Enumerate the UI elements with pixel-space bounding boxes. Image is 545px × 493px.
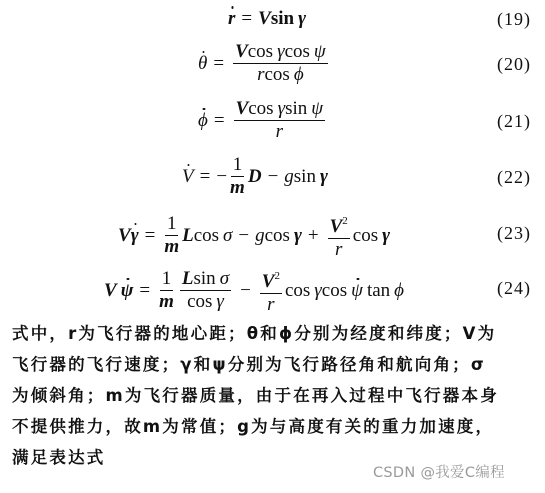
var-theta-dot: θ <box>198 53 207 75</box>
watermark: CSDN @我爱C编程 <box>373 461 505 482</box>
fraction: 1 m <box>230 155 245 198</box>
fraction: Vcosγsinψ r <box>234 99 326 142</box>
var-V-dot: V <box>182 166 194 188</box>
fraction: Lsinσ cosγ <box>180 269 231 312</box>
fraction: Vcosγcosψ rcosϕ <box>233 42 328 85</box>
equation-number: (19) <box>497 9 531 30</box>
equation-number: (21) <box>497 111 531 132</box>
equation-23-body: Vγ = 1 m Lcosσ − gcosγ + V2 r cosγ <box>118 211 390 260</box>
equation-24: Vψ = 1 m Lsinσ cosγ − V2 r cosγcosψtanϕ … <box>0 264 545 320</box>
equation-21: ϕ = Vcosγsinψ r (21) <box>0 97 545 153</box>
equation-number: (22) <box>497 167 531 188</box>
equation-19-body: r = V sin γ <box>228 8 306 30</box>
equation-22-body: V = − 1 m D − gsinγ <box>182 155 328 198</box>
equation-19: r = V sin γ (19) <box>0 2 545 42</box>
var-r-dot: r <box>228 8 235 30</box>
var-phi-dot: ϕ <box>198 110 208 132</box>
equation-20-body: θ = Vcosγcosψ rcosϕ <box>198 42 331 85</box>
equation-number: (23) <box>497 223 531 244</box>
equation-20: θ = Vcosγcosψ rcosϕ (20) <box>0 40 545 96</box>
fraction: 1 m <box>159 269 174 312</box>
paragraph-line: 飞行器的飞行速度；γ和ψ分别为飞行路径角和航向角；σ <box>12 349 537 380</box>
fraction: 1 m <box>164 214 179 257</box>
explanation-paragraph: 式中，r为飞行器的地心距；θ和ϕ分别为经度和纬度；V为 飞行器的飞行速度；γ和ψ… <box>12 318 537 473</box>
equation-number: (20) <box>497 54 531 75</box>
equation-22: V = − 1 m D − gsinγ (22) <box>0 153 545 209</box>
equation-number: (24) <box>497 278 531 299</box>
var-psi-dot: ψ <box>121 280 134 302</box>
equation-24-body: Vψ = 1 m Lsinσ cosγ − V2 r cosγcosψtanϕ <box>104 266 404 315</box>
var-psi-dot: ψ <box>351 280 363 302</box>
paragraph-line: 式中，r为飞行器的地心距；θ和ϕ分别为经度和纬度；V为 <box>12 318 537 349</box>
equation-21-body: ϕ = Vcosγsinψ r <box>198 99 328 142</box>
paragraph-line: 不提供推力，故m为常值；g为与高度有关的重力加速度， <box>12 411 537 442</box>
fraction: V2 r <box>260 266 282 315</box>
fraction: V2 r <box>328 211 350 260</box>
equation-23: Vγ = 1 m Lcosσ − gcosγ + V2 r cosγ (23) <box>0 209 545 265</box>
paragraph-line: 为倾斜角；m为飞行器质量，由于在再入过程中飞行器本身 <box>12 380 537 411</box>
var-gamma-dot: γ <box>131 225 139 247</box>
